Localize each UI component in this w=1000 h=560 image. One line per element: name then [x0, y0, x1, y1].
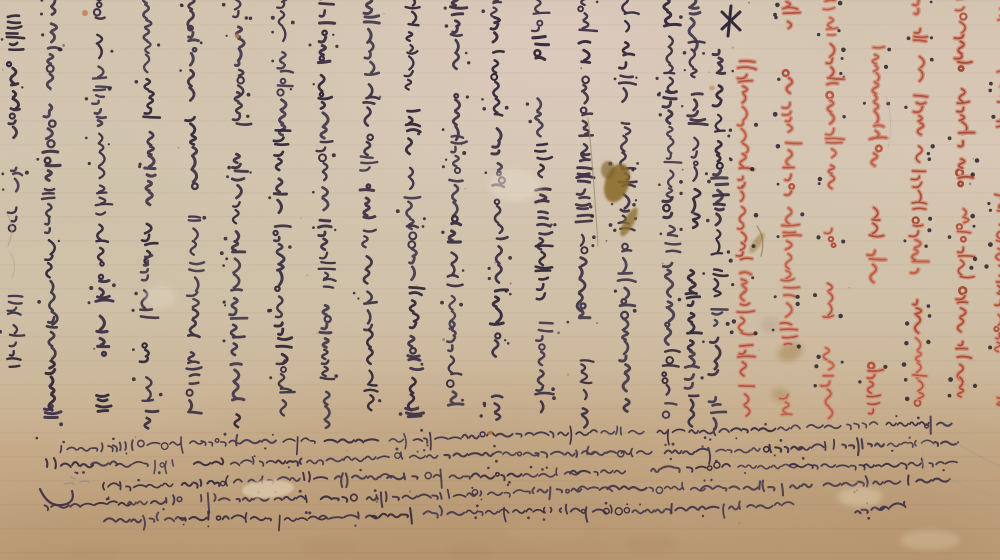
manuscript-photo: Photograph of a handwritten Syriac manus… [0, 0, 1000, 560]
paper-grain [0, 0, 1000, 560]
manuscript-render-layer [0, 0, 1000, 560]
